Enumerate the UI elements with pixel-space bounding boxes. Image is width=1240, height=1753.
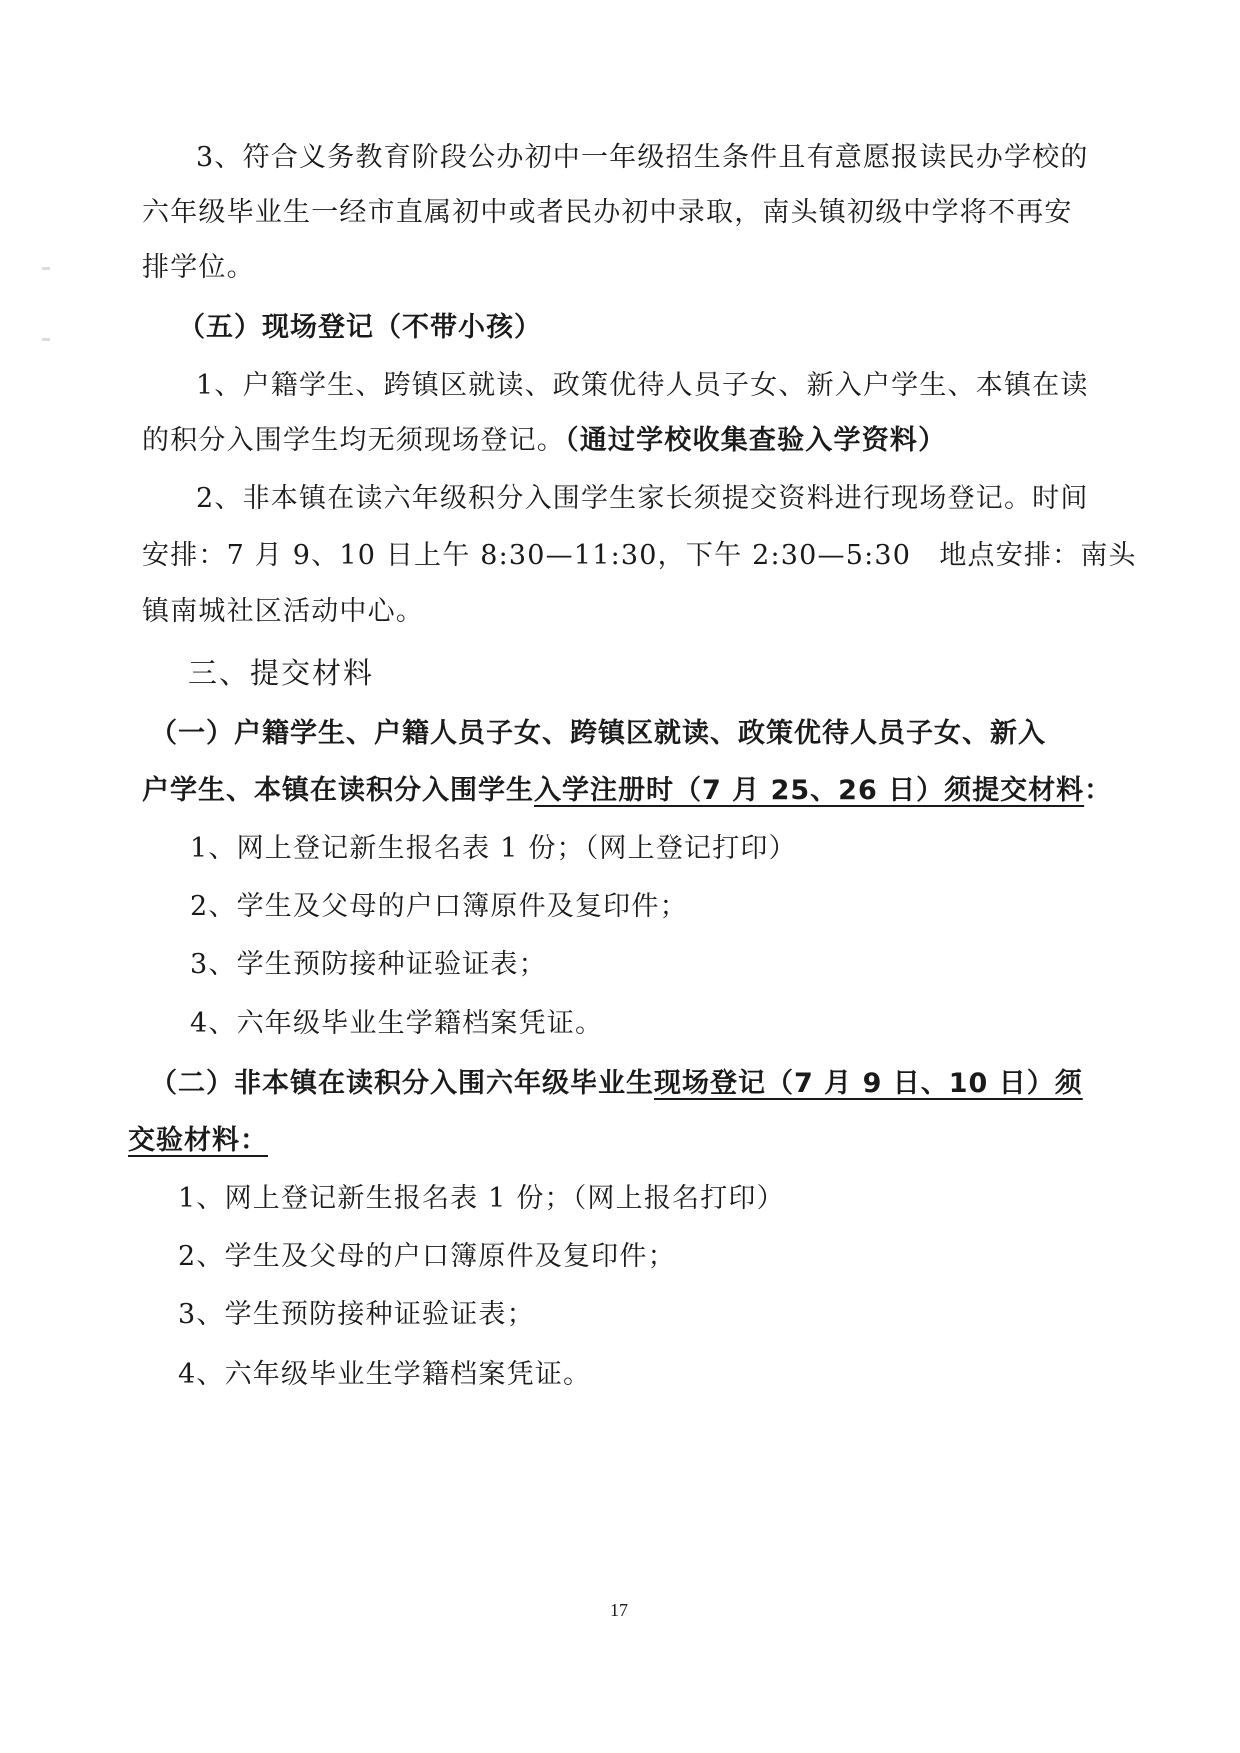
section-5-item-2-line-1: 2、非本镇在读六年级积分入围学生家长须提交资料进行现场登记。时间 [196,481,1162,517]
subsection-2-item-3: 3、学生预防接种证验证表； [178,1297,1144,1333]
item-1-bold-note: （通过学校收集查验入学资料） [565,425,946,456]
subsection-1-colon: ： [1084,775,1112,806]
subsection-1-item-4: 4、六年级毕业生学籍档案凭证。 [190,1006,1156,1042]
section-5-item-2-line-2: 安排：7 月 9、10 日上午 8:30—11:30，下午 2:30—5:30 … [142,538,1108,574]
section-5-heading: （五）现场登记（不带小孩） [178,310,1144,346]
paragraph-3-line-3: 排学位。 [142,250,1108,286]
section-5-item-1-line-1: 1、户籍学生、跨镇区就读、政策优待人员子女、新入户学生、本镇在读 [196,368,1162,404]
subsection-2-underlined-end: 交验材料： [128,1125,268,1156]
subsection-1-line-1: （一）户籍学生、户籍人员子女、跨镇区就读、政策优待人员子女、新入 [150,716,1116,752]
scan-artifact [42,338,50,341]
subsection-1-line-2: 户学生、本镇在读积分入围学生入学注册时（7 月 25、26 日）须提交材料： [142,773,1108,809]
subsection-2-plain: （二）非本镇在读积分入围六年级毕业生 [150,1068,654,1099]
subsection-2-item-1: 1、网上登记新生报名表 1 份；（网上报名打印） [178,1181,1144,1217]
subsection-2-line-2: 交验材料： [128,1123,1094,1159]
subsection-2-underlined: 现场登记（7 月 9 日、10 日）须 [654,1068,1083,1099]
subsection-1-item-1: 1、网上登记新生报名表 1 份；（网上登记打印） [190,831,1156,867]
section-3-heading: 三、提交材料 [188,655,1154,691]
subsection-1-item-2: 2、学生及父母的户口簿原件及复印件； [190,889,1156,925]
paragraph-3-line-1: 3、符合义务教育阶段公办初中一年级招生条件且有意愿报读民办学校的 [196,140,1162,176]
scan-artifact [42,267,50,270]
subsection-2-item-4: 4、六年级毕业生学籍档案凭证。 [178,1357,1144,1393]
item-1-plain-text: 的积分入围学生均无须现场登记。 [142,425,565,456]
paragraph-3-line-2: 六年级毕业生一经市直属初中或者民办初中录取，南头镇初级中学将不再安 [142,195,1108,231]
subsection-2-item-2: 2、学生及父母的户口簿原件及复印件； [178,1239,1144,1275]
subsection-1-underlined: 入学注册时（7 月 25、26 日）须提交材料 [534,775,1084,806]
section-5-item-1-line-2: 的积分入围学生均无须现场登记。（通过学校收集查验入学资料） [142,423,1108,459]
section-5-item-2-line-3: 镇南城社区活动中心。 [142,594,1108,630]
subsection-1-item-3: 3、学生预防接种证验证表； [190,947,1156,983]
page-number: 17 [610,1600,628,1621]
subsection-1-plain: 户学生、本镇在读积分入围学生 [142,775,534,806]
document-page: 3、符合义务教育阶段公办初中一年级招生条件且有意愿报读民办学校的 六年级毕业生一… [0,0,1240,1753]
subsection-2-line-1: （二）非本镇在读积分入围六年级毕业生现场登记（7 月 9 日、10 日）须 [150,1066,1116,1102]
